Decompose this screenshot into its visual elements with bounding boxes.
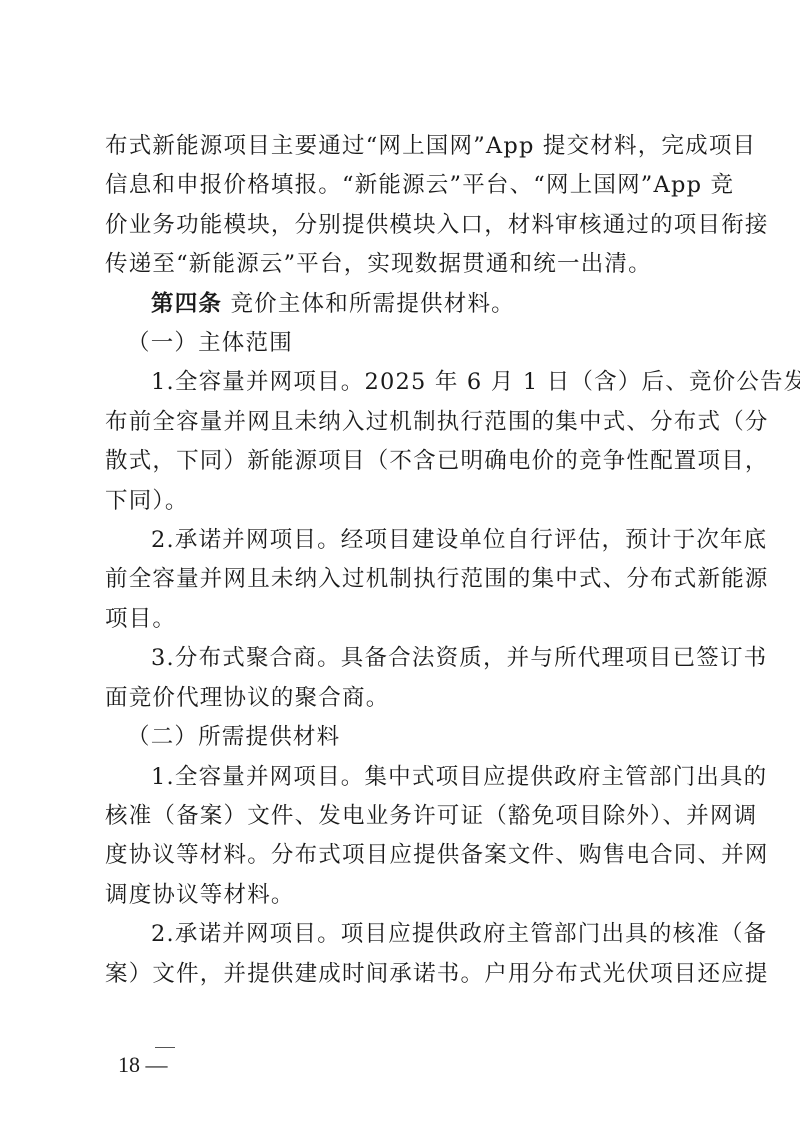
section-subheading-scope: （一）主体范围 (105, 324, 701, 363)
paragraph-materials-committed: 2.承诺并网项目。项目应提供政府主管部门出具的核准（备 案）文件，并提供建成时间… (105, 915, 701, 994)
text-line: 核准（备案）文件、发电业务许可证（豁免项目除外）、并网调 (105, 797, 701, 836)
article-label: 第四条 (151, 291, 222, 317)
text-line: 传递至“新能源云”平台，实现数据贯通和统一出清。 (105, 245, 701, 284)
text-line: 下同）。 (105, 482, 701, 521)
paragraph-materials-full-capacity: 1.全容量并网项目。集中式项目应提供政府主管部门出具的 核准（备案）文件、发电业… (105, 758, 701, 916)
text-line: 信息和申报价格填报。“新能源云”平台、“网上国网”App 竞 (105, 166, 701, 205)
text-line: 2.承诺并网项目。经项目建设单位自行评估，预计于次年底 (105, 521, 701, 560)
paragraph-item-aggregator: 3.分布式聚合商。具备合法资质，并与所代理项目已签订书 面竞价代理协议的聚合商。 (105, 639, 701, 718)
text-line: 度协议等材料。分布式项目应提供备案文件、购售电合同、并网 (105, 836, 701, 875)
article-title: 竞价主体和所需提供材料。 (222, 291, 515, 317)
text-line: 项目。 (105, 600, 701, 639)
text-line: 面竞价代理协议的聚合商。 (105, 679, 701, 718)
footer-dash-decoration (155, 1047, 175, 1048)
subheading-text: （二）所需提供材料 (127, 724, 340, 750)
page-number: 18 — (118, 1052, 168, 1078)
text-line: 1.全容量并网项目。2025 年 6 月 1 日（含）后、竞价公告发 (105, 363, 701, 402)
text-line: 布前全容量并网且未纳入过机制执行范围的集中式、分布式（分 (105, 403, 701, 442)
text-line: 调度协议等材料。 (105, 876, 701, 915)
paragraph-continuation: 布式新能源项目主要通过“网上国网”App 提交材料，完成项目 信息和申报价格填报… (105, 127, 701, 285)
paragraph-item-committed: 2.承诺并网项目。经项目建设单位自行评估，预计于次年底 前全容量并网且未纳入过机… (105, 521, 701, 639)
text-line: 案）文件，并提供建成时间承诺书。户用分布式光伏项目还应提 (105, 955, 701, 994)
text-line: 2.承诺并网项目。项目应提供政府主管部门出具的核准（备 (105, 915, 701, 954)
text-line: 1.全容量并网项目。集中式项目应提供政府主管部门出具的 (105, 758, 701, 797)
subheading-text: （一）主体范围 (127, 330, 293, 356)
article-heading: 第四条 竞价主体和所需提供材料。 (105, 285, 701, 324)
text-line: 前全容量并网且未纳入过机制执行范围的集中式、分布式新能源 (105, 560, 701, 599)
section-subheading-materials: （二）所需提供材料 (105, 718, 701, 757)
text-line: 3.分布式聚合商。具备合法资质，并与所代理项目已签订书 (105, 639, 701, 678)
document-page: 布式新能源项目主要通过“网上国网”App 提交材料，完成项目 信息和申报价格填报… (105, 127, 701, 994)
text-line: 价业务功能模块，分别提供模块入口，材料审核通过的项目衔接 (105, 206, 701, 245)
text-line: 散式，下同）新能源项目（不含已明确电价的竞争性配置项目， (105, 442, 701, 481)
text-line: 布式新能源项目主要通过“网上国网”App 提交材料，完成项目 (105, 127, 701, 166)
paragraph-item-full-capacity: 1.全容量并网项目。2025 年 6 月 1 日（含）后、竞价公告发 布前全容量… (105, 363, 701, 521)
